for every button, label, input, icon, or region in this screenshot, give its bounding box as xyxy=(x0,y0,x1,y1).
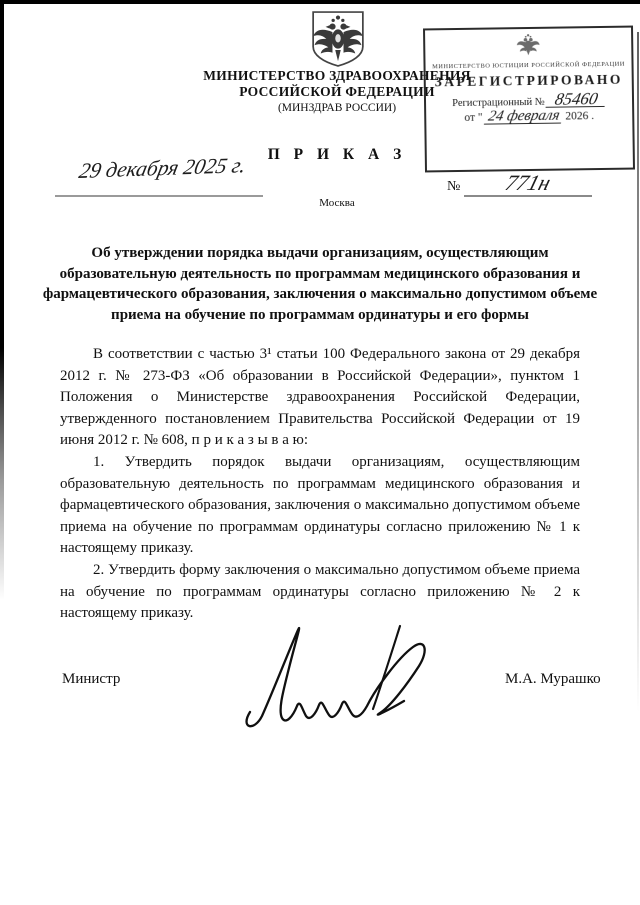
scan-border-left xyxy=(0,0,4,600)
order-number-value: 771н xyxy=(503,172,553,194)
stamp-ministry-line: МИНИСТЕРСТВО ЮСТИЦИИ РОССИЙСКОЙ ФЕДЕРАЦИ… xyxy=(425,61,631,71)
scan-border-right xyxy=(637,32,639,712)
signer-name: М.А. Мурашко xyxy=(505,671,601,688)
order-city: Москва xyxy=(17,197,640,209)
stamp-registered-label: ЗАРЕГИСТРИРОВАНО xyxy=(426,72,632,91)
stamp-reg-number-value: 85460 xyxy=(546,92,607,108)
document-page: МИНИСТЕРСТВО ЗДРАВООХРАНЕНИЯ РОССИЙСКОЙ … xyxy=(0,0,640,905)
stamp-date-year: 2026 xyxy=(565,110,588,122)
order-number-label: № xyxy=(447,179,460,197)
stamp-date-day-month: 24 февраля xyxy=(484,110,564,125)
stamp-date-prefix: от " xyxy=(464,112,482,124)
order-body: В соответствии с частью 3¹ статьи 100 Фе… xyxy=(60,344,580,625)
minister-signature-icon xyxy=(232,620,432,738)
body-paragraph-preamble: В соответствии с частью 3¹ статьи 100 Фе… xyxy=(60,344,580,452)
stamp-date-suffix: . xyxy=(591,110,594,122)
order-number-row: № 771н xyxy=(447,172,612,197)
order-subject: Об утверждении порядка выдачи организаци… xyxy=(40,243,600,325)
order-number-underline: 771н xyxy=(464,172,592,197)
stamp-date-row: от " 24 февраля 2026 . xyxy=(426,109,632,126)
stamp-coat-of-arms-icon xyxy=(513,32,543,57)
body-paragraph-item1: 1. Утвердить порядок выдачи организациям… xyxy=(60,452,580,560)
scan-border-top xyxy=(0,0,640,4)
body-paragraph-item2: 2. Утвердить форму заключения о максимал… xyxy=(60,560,580,625)
stamp-registration-number-row: Регистрационный № 85460 xyxy=(426,92,632,110)
russia-coat-of-arms-icon xyxy=(302,10,374,68)
signer-position: Министр xyxy=(62,671,120,688)
registration-stamp: МИНИСТЕРСТВО ЮСТИЦИИ РОССИЙСКОЙ ФЕДЕРАЦИ… xyxy=(423,26,635,173)
